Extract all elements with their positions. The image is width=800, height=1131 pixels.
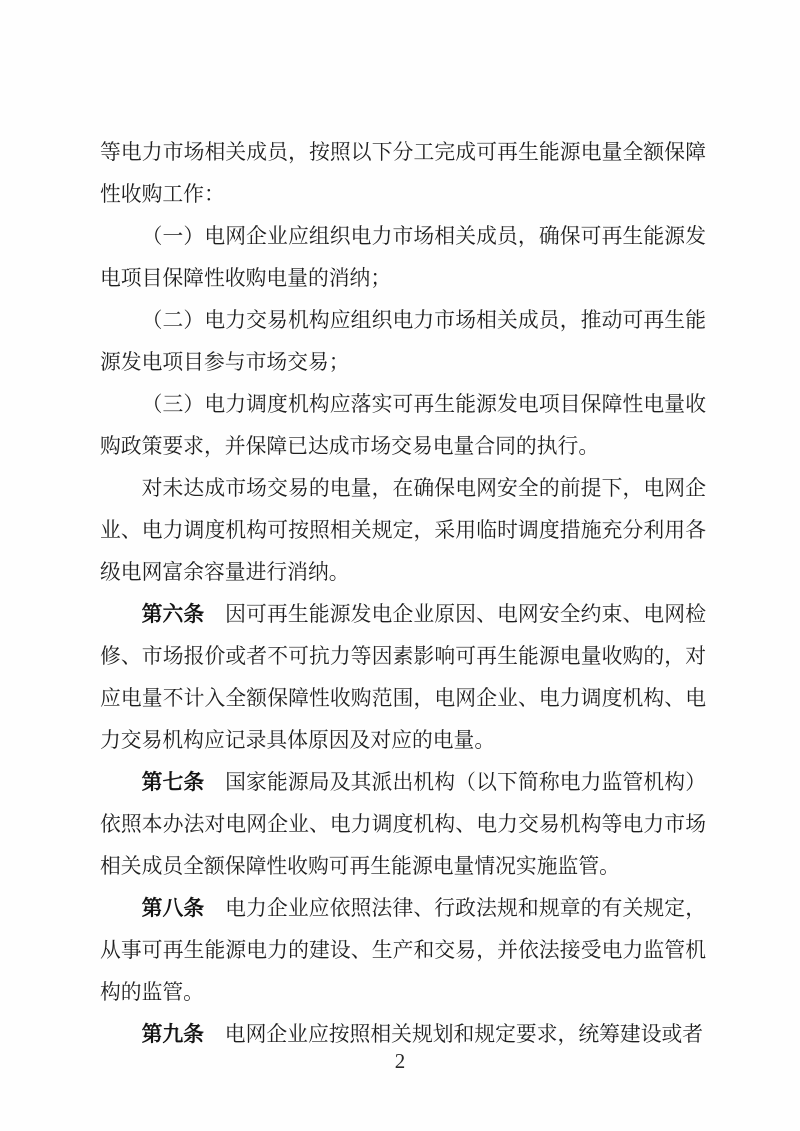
- paragraph-article-8: 第八条电力企业应依照法律、行政法规和规章的有关规定，从事可再生能源电力的建设、生…: [100, 888, 706, 1014]
- paragraph-article-7: 第七条国家能源局及其派出机构（以下简称电力监管机构）依照本办法对电网企业、电力调…: [100, 762, 706, 888]
- document-body: 等电力市场相关成员，按照以下分工完成可再生能源电量全额保障性收购工作： （一）电…: [100, 132, 706, 1056]
- page-number: 2: [0, 1049, 800, 1073]
- article-6-number: 第六条: [142, 603, 205, 626]
- document-page: 等电力市场相关成员，按照以下分工完成可再生能源电量全额保障性收购工作： （一）电…: [0, 0, 800, 1131]
- paragraph-continuation: 等电力市场相关成员，按照以下分工完成可再生能源电量全额保障性收购工作：: [100, 132, 706, 216]
- article-9-number: 第九条: [142, 1023, 204, 1046]
- article-7-number: 第七条: [142, 771, 205, 794]
- paragraph-item-3: （三）电力调度机构应落实可再生能源发电项目保障性电量收购政策要求，并保障已达成市…: [100, 384, 706, 468]
- article-9-text: 电网企业应按照相关规划和规定要求，统筹建设或者: [225, 1023, 703, 1046]
- paragraph-body: 对未达成市场交易的电量，在确保电网安全的前提下，电网企业、电力调度机构可按照相关…: [100, 468, 706, 594]
- article-8-number: 第八条: [142, 897, 205, 920]
- paragraph-article-6: 第六条因可再生能源发电企业原因、电网安全约束、电网检修、市场报价或者不可抗力等因…: [100, 594, 706, 762]
- paragraph-item-1: （一）电网企业应组织电力市场相关成员，确保可再生能源发电项目保障性收购电量的消纳…: [100, 216, 706, 300]
- paragraph-item-2: （二）电力交易机构应组织电力市场相关成员，推动可再生能源发电项目参与市场交易；: [100, 300, 706, 384]
